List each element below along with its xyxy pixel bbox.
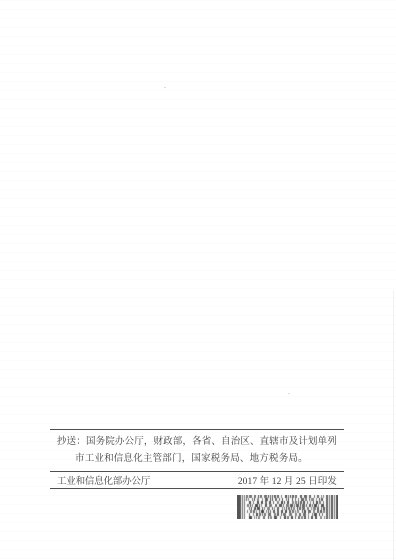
issuer-row: 工业和信息化部办公厅 2017 年 12 月 25 日印发 (50, 472, 344, 488)
barcode-container (237, 495, 338, 519)
cc-line-1: 抄送：国务院办公厅，财政部，各省、自治区、直辖市及计划单列 (57, 434, 338, 451)
divider-bottom (50, 488, 344, 489)
print-date: 2017 年 12 月 25 日印发 (238, 473, 337, 487)
scan-speck (164, 87, 166, 88)
scan-speck (288, 393, 290, 394)
pdf417-barcode-icon (237, 495, 338, 519)
cc-line-2: 市工业和信息化主管部门，国家税务局、地方税务局。 (57, 451, 338, 468)
scan-edge-artifact (393, 290, 394, 560)
cc-section: 抄送：国务院办公厅，财政部，各省、自治区、直辖市及计划单列 市工业和信息化主管部… (50, 430, 344, 471)
issuer-name: 工业和信息化部办公厅 (57, 473, 150, 487)
document-page: 抄送：国务院办公厅，财政部，各省、自治区、直辖市及计划单列 市工业和信息化主管部… (0, 0, 396, 560)
document-footer: 抄送：国务院办公厅，财政部，各省、自治区、直辖市及计划单列 市工业和信息化主管部… (50, 429, 344, 489)
